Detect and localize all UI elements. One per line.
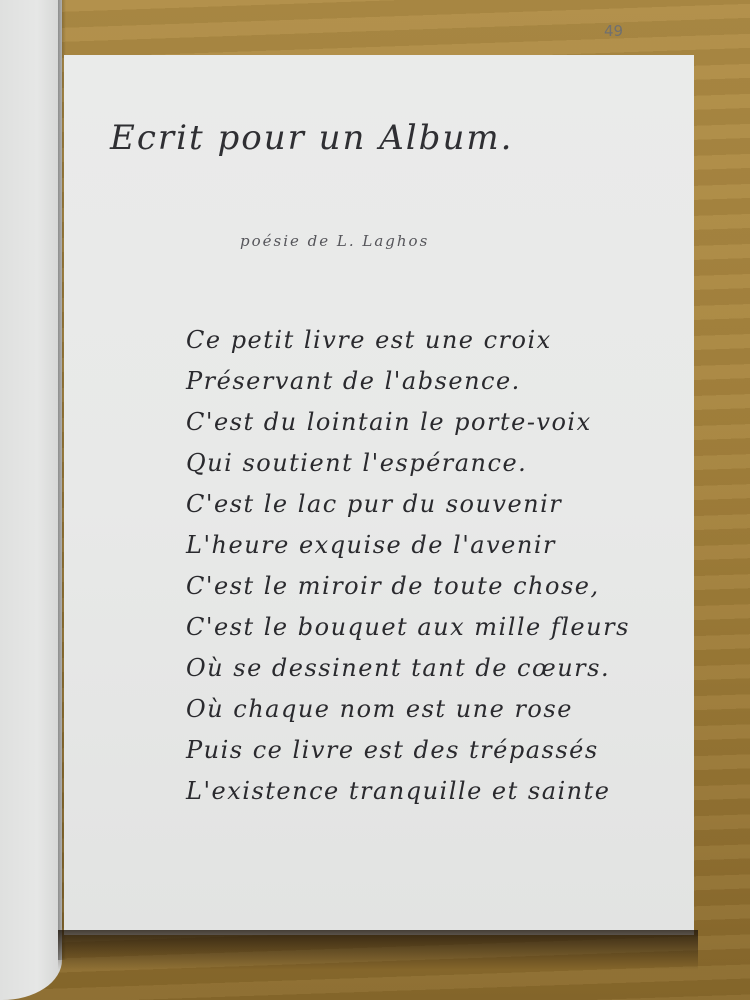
poem-line: L'heure exquise de l'avenir (186, 525, 630, 566)
poem-line: C'est le lac pur du souvenir (186, 484, 630, 525)
poem-line: Préservant de l'absence. (186, 361, 630, 402)
poem-line: Où chaque nom est une rose (186, 689, 630, 730)
poem-author-line: poésie de L. Laghos (240, 232, 429, 250)
page-number: 49 (604, 22, 623, 40)
poem-line: Qui soutient l'espérance. (186, 443, 630, 484)
facing-left-page (0, 0, 62, 1000)
poem-title: Ecrit pour un Album. (110, 118, 513, 158)
poem-body: Ce petit livre est une croix Préservant … (186, 320, 630, 812)
poem-line: L'existence tranquille et sainte (186, 771, 630, 812)
page-bottom-shadow (58, 930, 698, 970)
poem-line: C'est le bouquet aux mille fleurs (186, 607, 630, 648)
poem-line: Ce petit livre est une croix (186, 320, 630, 361)
poem-line: C'est le miroir de toute chose, (186, 566, 630, 607)
poem-line: Puis ce livre est des trépassés (186, 730, 630, 771)
poem-line: C'est du lointain le porte-voix (186, 402, 630, 443)
poem-line: Où se dessinent tant de cœurs. (186, 648, 630, 689)
